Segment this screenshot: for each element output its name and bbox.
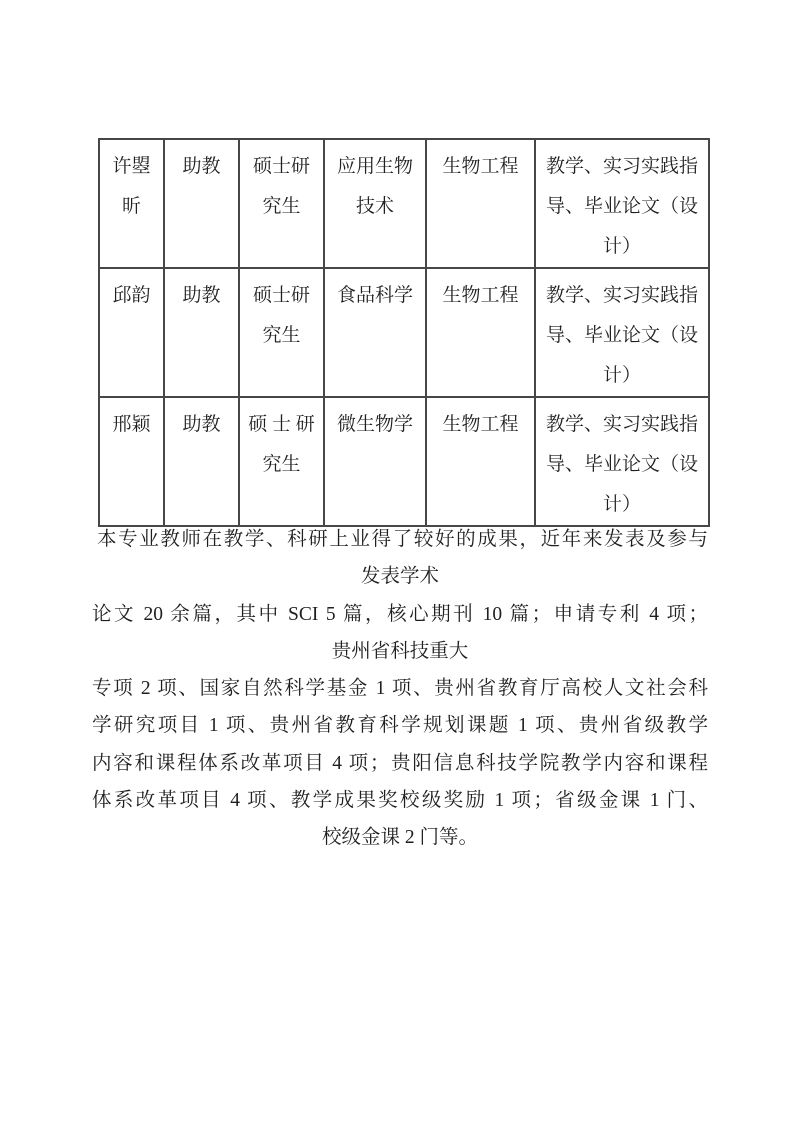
table-cell-name: 邱韵	[99, 268, 164, 397]
achievements-paragraph: 本专业教师在教学、科研上业得了较好的成果，近年来发表及参与 发表学术 论文 20…	[92, 521, 708, 857]
table-cell-major: 生物工程	[426, 139, 535, 268]
table-cell-title: 助教	[164, 268, 239, 397]
table-cell-duties: 教学、实习实践指 导、毕业论文（设 计）	[535, 139, 709, 268]
table-cell-title: 助教	[164, 139, 239, 268]
paragraph-line: 体系改革项目 4 项、教学成果奖校级奖励 1 项；省级金课 1 门、	[92, 782, 708, 819]
paragraph-line: 学研究项目 1 项、贵州省教育科学规划课题 1 项、贵州省级教学	[92, 707, 708, 744]
table-row: 邱韵 助教 硕士研 究生 食品科学 生物工程 教学、实习实践指 导、毕业论文（设…	[99, 268, 709, 397]
table-cell-degree: 硕士研 究生	[239, 268, 324, 397]
paragraph-line: 专项 2 项、国家自然科学基金 1 项、贵州省教育厅高校人文社会科	[92, 670, 708, 707]
table-cell-name: 许曌 昕	[99, 139, 164, 268]
paragraph-line: 贵州省科技重大	[92, 633, 708, 670]
paragraph-line: 内容和课程体系改革项目 4 项；贵阳信息科技学院教学内容和课程	[92, 745, 708, 782]
table-cell-course: 微生物学	[324, 397, 426, 526]
table-cell-duties: 教学、实习实践指 导、毕业论文（设 计）	[535, 268, 709, 397]
table-row: 许曌 昕 助教 硕士研 究生 应用生物 技术 生物工程 教学、实习实践指 导、毕…	[99, 139, 709, 268]
table-cell-major: 生物工程	[426, 397, 535, 526]
faculty-table: 许曌 昕 助教 硕士研 究生 应用生物 技术 生物工程 教学、实习实践指 导、毕…	[98, 138, 710, 527]
paragraph-line: 论文 20 余篇，其中 SCI 5 篇，核心期刊 10 篇；申请专利 4 项；	[92, 596, 708, 633]
table-cell-name: 邢颖	[99, 397, 164, 526]
paragraph-line: 校级金课 2 门等。	[92, 819, 708, 856]
table-cell-course: 食品科学	[324, 268, 426, 397]
table-cell-major: 生物工程	[426, 268, 535, 397]
table-cell-title: 助教	[164, 397, 239, 526]
table-cell-duties: 教学、实习实践指 导、毕业论文（设 计）	[535, 397, 709, 526]
table-cell-degree: 硕士研 究生	[239, 139, 324, 268]
table-cell-degree: 硕 士 研 究生	[239, 397, 324, 526]
table-row: 邢颖 助教 硕 士 研 究生 微生物学 生物工程 教学、实习实践指 导、毕业论文…	[99, 397, 709, 526]
paragraph-line: 本专业教师在教学、科研上业得了较好的成果，近年来发表及参与	[92, 521, 708, 558]
table-cell-course: 应用生物 技术	[324, 139, 426, 268]
document-page: 许曌 昕 助教 硕士研 究生 应用生物 技术 生物工程 教学、实习实践指 导、毕…	[0, 0, 793, 1122]
paragraph-line: 发表学术	[92, 558, 708, 595]
